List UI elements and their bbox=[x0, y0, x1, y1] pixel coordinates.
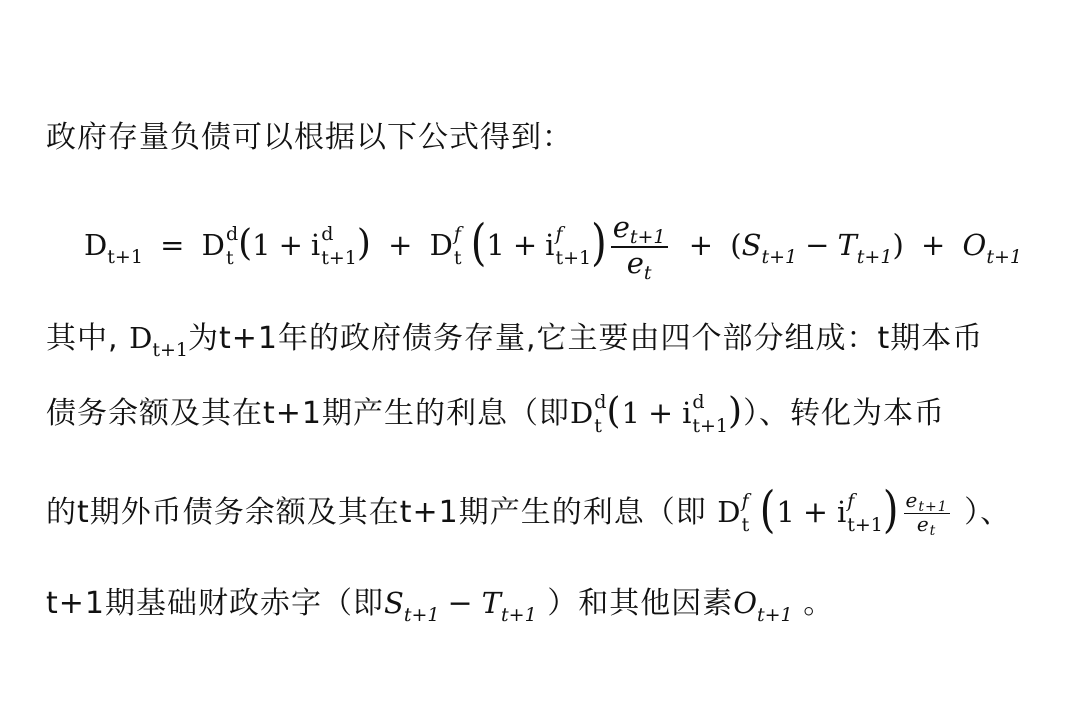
term-domestic-debt: Ddt(1+idt+1) bbox=[202, 228, 380, 262]
open-paren: ( bbox=[238, 209, 252, 279]
equals-sign: = bbox=[160, 228, 184, 262]
intro-text: 政府存量负债可以根据以下公式得到： bbox=[46, 120, 573, 155]
term-other-factors: Ot+1 bbox=[963, 228, 1022, 262]
plus-sign: + bbox=[388, 228, 412, 262]
term-primary-deficit: (St+1−Tt+1) bbox=[730, 228, 913, 262]
para-line-2: 债务余额及其在t+1期产生的利息（即Ddt(1+idt+1)）、转化为本币 bbox=[46, 393, 945, 435]
close-paren: ) bbox=[357, 209, 371, 279]
exchange-rate-fraction: et+1et bbox=[611, 212, 668, 282]
para-line-1: 其中, Dt+1为t+1年的政府债务存量,它主要由四个部分组成：t期本币 bbox=[46, 318, 983, 362]
intro-line: 政府存量负债可以根据以下公式得到： bbox=[46, 118, 573, 158]
d-symbol: D bbox=[202, 228, 225, 262]
para-line-4: t+1期基础财政赤字（即St+1−Tt+1 ）和其他因素Ot+1 。 bbox=[46, 583, 834, 627]
formula-lhs-sub: t+1 bbox=[107, 246, 143, 268]
formula-block: Dt+1 = Ddt(1+idt+1) + Dft (1+ift+1)et+1e… bbox=[84, 210, 1022, 284]
para-line-3: 的t期外币债务余额及其在t+1期产生的利息（即 Dft (1+ift+1)et+… bbox=[46, 490, 1011, 537]
term-foreign-debt: Dft (1+ift+1)et+1et bbox=[430, 228, 681, 262]
d-supsub: dt bbox=[226, 229, 238, 265]
formula-lhs: D bbox=[84, 228, 107, 262]
